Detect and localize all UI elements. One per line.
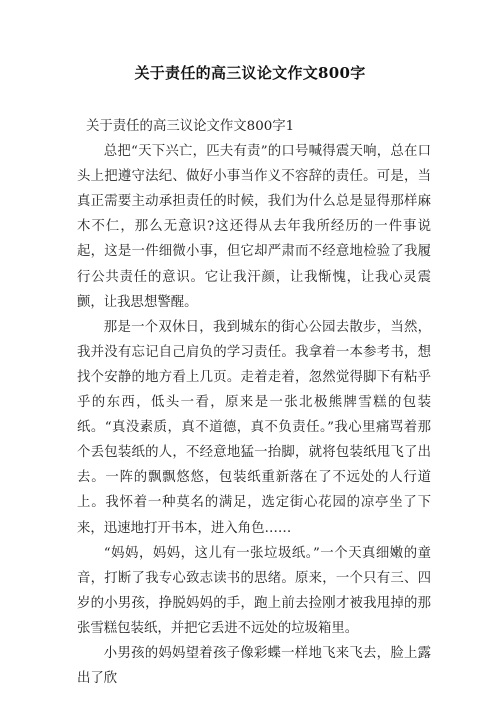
paragraph-4: 小男孩的妈妈望着孩子像彩蝶一样地飞来飞去，脸上露出了欣 bbox=[77, 641, 431, 691]
document-body: 关于责任的高三议论文作文800字1 总把“天下兴亡，匹夫有责”的口号喊得震天响，… bbox=[77, 114, 431, 691]
paragraph-1: 总把“天下兴亡，匹夫有责”的口号喊得震天响，总在口头上把遵守法纪、做好小事当作义… bbox=[77, 139, 431, 315]
paragraph-2: 那是一个双休日，我到城东的街心公园去散步，当然，我并没有忘记自己肩负的学习责任。… bbox=[77, 315, 431, 541]
paragraph-3: “妈妈，妈妈，这儿有一张垃圾纸。”一个天真细嫩的童音，打断了我专心致志读书的思绪… bbox=[77, 541, 431, 641]
document-title: 关于责任的高三议论文作文800字 bbox=[0, 62, 500, 83]
document-page: 关于责任的高三议论文作文800字 关于责任的高三议论文作文800字1 总把“天下… bbox=[0, 0, 500, 707]
essay-subtitle: 关于责任的高三议论文作文800字1 bbox=[77, 114, 431, 139]
